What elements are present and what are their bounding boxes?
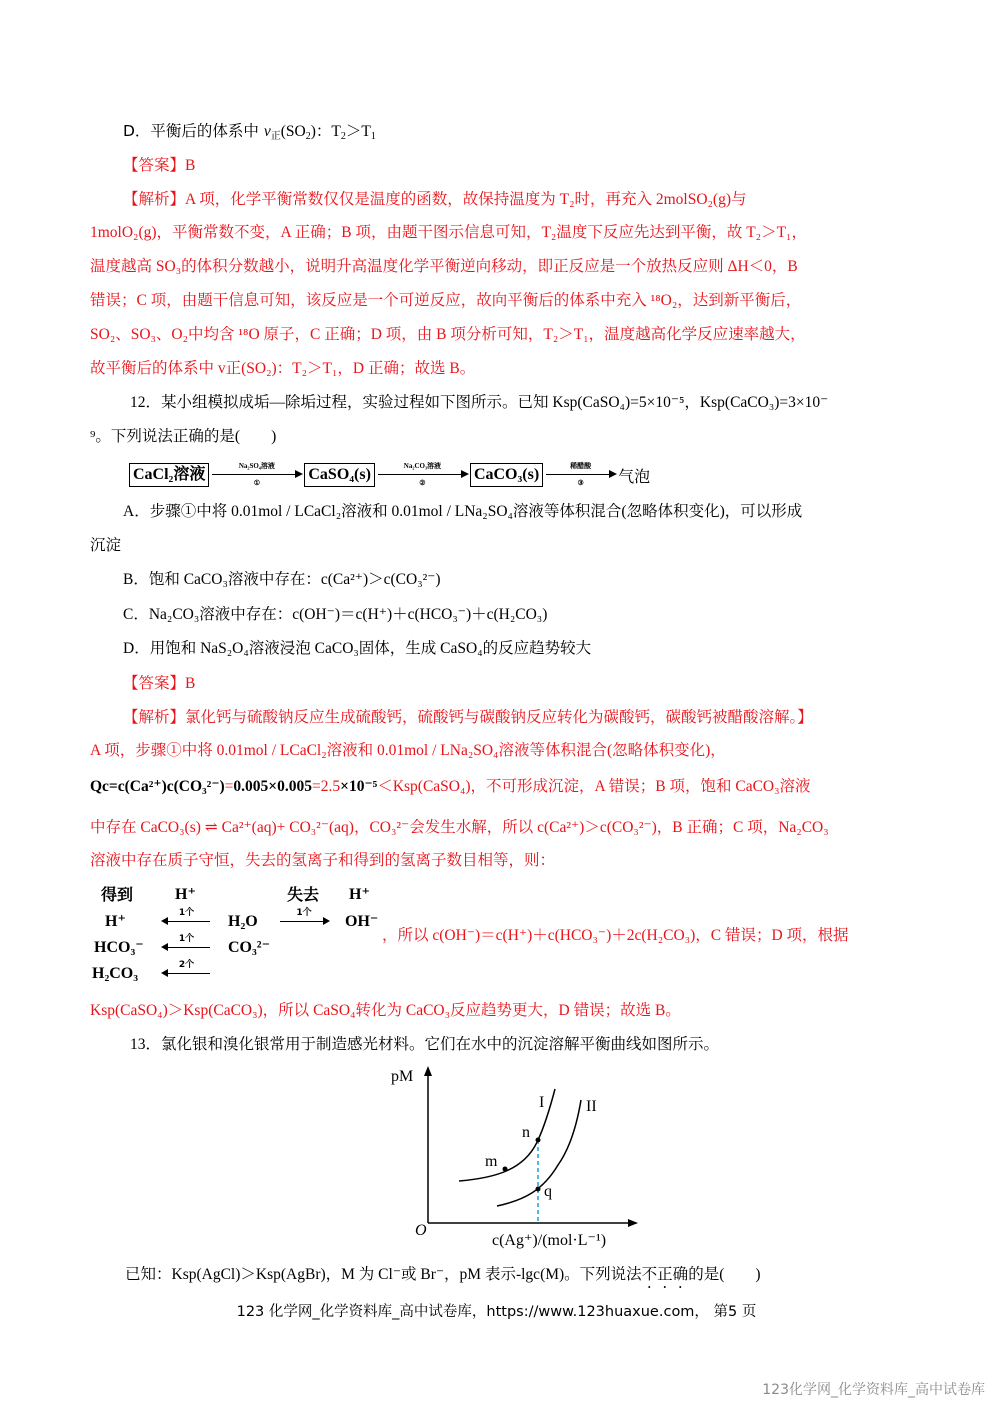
lose-product: OH⁻	[345, 913, 378, 931]
answer-label: 【答案】	[123, 156, 185, 174]
q11-answer: 【答案】B	[123, 155, 195, 176]
arrow-shaft	[546, 474, 612, 475]
q11-analysis-line-1: 【解析】A 项，化学平衡常数仅仅是温度的函数，故保持温度为 T₂时，再充入 2m…	[123, 189, 747, 210]
option-d-text: D．平衡后的体系中	[123, 122, 264, 140]
lose-arrow: 1个	[280, 912, 328, 926]
q12-option-b: B．饱和 CaCO₃溶液中存在：c(Ca²⁺)＞c(CO₃²⁻)	[123, 570, 441, 590]
step-1-number: ①	[209, 479, 304, 487]
q12-analysis-line-1: 【解析】氯化钙与硫酸钠反应生成硫酸钙，硫酸钙与碳酸钠反应转化为碳酸钙，碳酸钙被醋…	[123, 707, 813, 728]
q12-analysis-line-6: ，所以 c(OH⁻)＝c(H⁺)＋c(HCO₃⁻)＋2c(H₂CO₃)，C 错误…	[382, 926, 849, 946]
answer-value: B	[185, 157, 195, 174]
row2-product: HCO₃⁻	[94, 939, 144, 957]
q12-analysis-line-2: A 项，步骤①中将 0.01mol / LCaCl₂溶液和 0.01mol / …	[90, 741, 726, 761]
analysis-label: 【解析】	[123, 708, 185, 726]
row2-count: 1个	[163, 934, 210, 944]
qc-formula: Qc=c(Ca²⁺)c(CO₃²⁻)	[90, 778, 225, 795]
q13-solubility-figure: pM I II n m q O c(Ag⁺)/(mol·L⁻¹)	[375, 1060, 645, 1255]
flow-node-cacl2: CaCl₂溶液	[129, 463, 209, 487]
arrow-shaft	[378, 474, 464, 475]
row2-arrow: 1个	[163, 938, 210, 952]
flow-node-bubbles: 气泡	[618, 464, 650, 487]
arrow-right-icon	[295, 470, 303, 478]
q12-analysis-line-4: 中存在 CaCO₃(s) ⇌ Ca²⁺(aq)+ CO₃²⁻(aq)，CO₃²⁻…	[90, 818, 829, 838]
q11-analysis-line-4: 错误；C 项，由题干信息可知，该反应是一个可逆反应，故向平衡后的体系中充入 ¹⁸…	[90, 291, 801, 311]
analysis-label: 【解析】	[123, 190, 185, 208]
step-2-number: ②	[375, 479, 470, 487]
analysis-text: A 项，化学平衡常数仅仅是温度的函数，故保持温度为 T₂时，再充入 2molSO…	[185, 191, 747, 208]
q12-option-c: C．Na₂CO₃溶液中存在：c(OH⁻)＝c(H⁺)＋c(HCO₃⁻)＋c(H₂…	[123, 605, 547, 625]
arrow-shaft	[163, 921, 210, 922]
row3-product: H₂CO₃	[92, 965, 138, 983]
flow-arrow-step-1: Na₂SO₄溶液 ①	[209, 462, 304, 488]
row1-source: H₂O	[228, 913, 258, 931]
arrow-left-icon	[161, 943, 168, 951]
v-symbol: v	[264, 123, 271, 140]
q12-stem-line-1: 12．某小组模拟成垢—除垢过程，实验过程如下图所示。已知 Ksp(CaSO₄)=…	[130, 393, 828, 413]
row1-count: 1个	[163, 908, 210, 918]
q11-analysis-line-2: 1molO₂(g)，平衡常数不变，A 正确；B 项，由题干图示信息可知，T₂温度…	[90, 223, 807, 243]
point-m-label: m	[485, 1153, 497, 1171]
q12-qc-line: Qc=c(Ca²⁺)c(CO₃²⁻)=0.005×0.005=2.5×10⁻⁵＜…	[90, 777, 811, 797]
analysis-text: ＜Ksp(CaSO₄)，不可形成沉淀，A 错误；B 项，饱和 CaCO₃溶液	[377, 778, 810, 795]
arrow-left-icon	[161, 917, 168, 925]
arrow-right-icon	[461, 470, 469, 478]
answer-value: B	[185, 675, 195, 692]
known-tail: 的是( )	[688, 1266, 760, 1283]
row2-source: CO₃²⁻	[228, 939, 270, 957]
gain-h: H⁺	[175, 886, 196, 904]
flow-node-caco3: CaCO₃(s)	[470, 463, 543, 487]
point-q-label: q	[544, 1183, 552, 1201]
q11-analysis-line-3: 温度越高 SO₃的体积分数越小，说明升高温度化学平衡逆向移动，即正反应是一个放热…	[90, 257, 798, 277]
point-n-label: n	[522, 1124, 530, 1142]
arrow-shaft	[163, 947, 210, 948]
qc-value: 2.5	[321, 778, 340, 795]
step-1-reagent: Na₂SO₄溶液	[209, 462, 304, 471]
so2: (SO	[281, 123, 306, 140]
known-prefix: 已知：	[125, 1265, 172, 1283]
q12-analysis-line-5: 溶液中存在质子守恒，失去的氢离子和得到的氢离子数目相等，则：	[90, 851, 555, 871]
q12-option-d: D．用饱和 NaS₂O₄溶液浸泡 CaCO₃固体，生成 CaSO₄的反应趋势较大	[123, 639, 591, 659]
v-subscript: 正	[271, 131, 281, 142]
arrow-shaft	[163, 973, 210, 974]
equals: =	[312, 778, 321, 795]
q13-stem: 13．氯化银和溴化银常用于制造感光材料。它们在水中的沉淀溶解平衡曲线如图所示。	[130, 1035, 719, 1055]
page-footer: 123 化学网_化学资料库_高中试卷库，https://www.123huaxu…	[0, 1300, 993, 1321]
answer-label: 【答案】	[123, 674, 185, 692]
q12-option-a-line-1: A．步骤①中将 0.01mol / LCaCl₂溶液和 0.01mol / LN…	[123, 502, 802, 522]
origin-label: O	[415, 1222, 427, 1240]
lose-header: 失去	[287, 886, 319, 904]
lose-h: H⁺	[349, 886, 370, 904]
gain-header: 得到	[101, 886, 133, 904]
lose-count: 1个	[280, 908, 328, 918]
arrow-left-icon	[161, 969, 168, 977]
q12-option-a-line-2: 沉淀	[90, 536, 121, 556]
step-3-number: ③	[543, 479, 618, 487]
row1-arrow: 1个	[163, 912, 210, 926]
row1-product: H⁺	[105, 913, 126, 931]
flow-arrow-step-3: 稀醋酸 ③	[543, 462, 618, 488]
x-axis-label: c(Ag⁺)/(mol·L⁻¹)	[492, 1230, 606, 1250]
step-3-reagent: 稀醋酸	[543, 462, 618, 471]
row3-count: 2个	[163, 960, 210, 970]
arrow-right-icon	[609, 470, 617, 478]
flow-arrow-step-2: Na₂CO₃溶液 ②	[375, 462, 470, 488]
flow-node-caso4: CaSO₄(s)	[304, 463, 375, 487]
q13-known-line: 已知：Ksp(AgCl)＞Ksp(AgBr)，M 为 Cl⁻或 Br⁻，pM 表…	[125, 1264, 761, 1292]
row3-arrow: 2个	[163, 964, 210, 978]
q12-flow-diagram: CaCl₂溶液 Na₂SO₄溶液 ① CaSO₄(s) Na₂CO₃溶液 ② C…	[129, 462, 650, 488]
qc-exponent: ×10⁻⁵	[340, 778, 377, 795]
arrow-right-icon	[323, 917, 330, 925]
watermark: 123化学网_化学资料库_高中试卷库	[762, 1379, 985, 1399]
sub: 1	[371, 131, 376, 142]
t2: )：T	[311, 123, 341, 140]
q11-analysis-line-5: SO₂、SO₃、O₂中均含 ¹⁸O 原子，C 正确；D 项，由 B 项分析可知，…	[90, 325, 806, 345]
q12-stem-line-2: ⁹。下列说法正确的是( )	[90, 427, 276, 447]
arrow-shaft	[280, 921, 328, 922]
arrow-shaft	[212, 474, 298, 475]
step-2-reagent: Na₂CO₃溶液	[375, 462, 470, 471]
qc-product: 0.005×0.005	[233, 778, 312, 795]
curve-label-i: I	[539, 1094, 544, 1112]
q12-answer: 【答案】B	[123, 673, 195, 694]
curve-label-ii: II	[586, 1098, 597, 1116]
known-body: Ksp(AgCl)＞Ksp(AgBr)，M 为 Cl⁻或 Br⁻，pM 表示-l…	[172, 1266, 642, 1283]
q11-option-d: D．平衡后的体系中 v正(SO2)：T2＞T1	[123, 121, 376, 142]
q12-analysis-line-7: Ksp(CaSO₄)＞Ksp(CaCO₃)，所以 CaSO₄转化为 CaCO₃反…	[90, 1001, 681, 1021]
y-axis-label: pM	[391, 1068, 413, 1086]
q11-analysis-line-6: 故平衡后的体系中 v正(SO₂)：T₂＞T₁，D 正确；故选 B。	[90, 359, 475, 379]
emphasis-not-correct: 不正确	[642, 1266, 689, 1283]
gt-t1: ＞T	[346, 123, 371, 140]
analysis-text: 氯化钙与硫酸钠反应生成硫酸钙，硫酸钙与碳酸钠反应转化为碳酸钙，碳酸钙被醋酸溶解。…	[185, 709, 813, 726]
